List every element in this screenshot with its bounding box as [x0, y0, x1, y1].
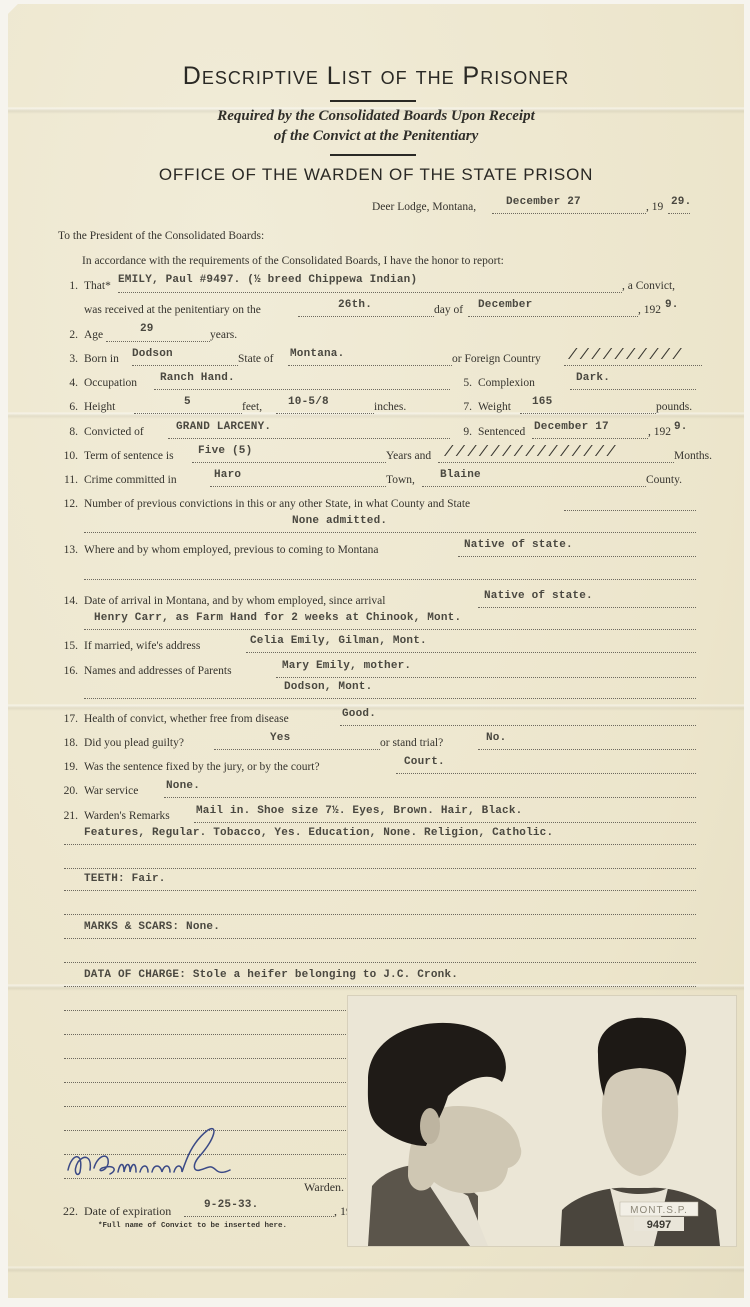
parents-address: Dodson, Mont.	[284, 681, 372, 693]
age-value: 29	[140, 323, 154, 335]
field-19-label: 19.Was the sentence fixed by the jury, o…	[56, 761, 320, 773]
remarks-line-6	[64, 938, 696, 939]
expiration-line	[184, 1216, 334, 1217]
remarks-line-2	[64, 844, 696, 845]
remarks-marks-scars: MARKS & SCARS: None.	[84, 921, 220, 933]
field-22-label: 22.Date of expiration	[56, 1204, 171, 1219]
field-20-label: 20.War service	[56, 785, 138, 797]
term-months-line	[438, 462, 674, 463]
prisoner-record-document: Descriptive List of the Prisoner Require…	[8, 4, 744, 1298]
crime-county: Blaine	[440, 469, 481, 481]
town-label: Town,	[386, 474, 415, 486]
previous-convictions: None admitted.	[292, 515, 387, 527]
stand-trial-label: or stand trial?	[380, 737, 443, 749]
report-year: 29.	[671, 196, 691, 208]
conviction-offense: GRAND LARCENY.	[176, 421, 271, 433]
placard-text: MONT.S.P.	[630, 1205, 688, 1216]
parents-line-2	[84, 698, 696, 699]
age-line	[106, 341, 210, 342]
foreign-country-label: or Foreign Country	[452, 353, 541, 365]
field-7-label: 7.Weight	[450, 401, 511, 413]
received-month: December	[478, 299, 532, 311]
received-year-label: , 192	[638, 304, 661, 316]
blank-line-4	[64, 1082, 348, 1083]
day-of-label: day of	[434, 304, 463, 316]
remarks-line-4	[64, 890, 696, 891]
field-11-label: 11.Crime committed in	[56, 474, 177, 486]
field-15-label: 15.If married, wife's address	[56, 640, 200, 652]
occupation-line	[154, 389, 450, 390]
sentence-fixed-by: Court.	[404, 756, 445, 768]
received-day: 26th.	[338, 299, 372, 311]
place-label: Deer Lodge, Montana,	[372, 201, 476, 213]
parents-names: Mary Emily, mother.	[282, 660, 411, 672]
state-of-label: State of	[238, 353, 273, 365]
arrival-info: Native of state.	[484, 590, 593, 602]
months-label: Months.	[674, 450, 712, 462]
town-line	[210, 486, 386, 487]
convictions-line-2	[84, 532, 696, 533]
year-prefix: , 19	[646, 201, 663, 213]
field-1-suffix: , a Convict,	[622, 280, 675, 292]
term-months-struck: ///////////////	[444, 444, 618, 461]
convict-name: EMILY, Paul #9497. (½ breed Chippewa Ind…	[118, 274, 417, 286]
blank-line-3	[64, 1058, 348, 1059]
convictions-line-1	[564, 510, 696, 511]
county-label: County.	[646, 474, 682, 486]
war-service-value: None.	[166, 780, 200, 792]
prior-employment: Native of state.	[464, 539, 573, 551]
war-service-line	[164, 797, 696, 798]
received-day-line	[298, 316, 434, 317]
field-2-label: 2.Age	[56, 329, 103, 341]
sentenced-line	[532, 438, 648, 439]
field-21-label: 21.Warden's Remarks	[56, 810, 170, 822]
foreign-line	[564, 365, 702, 366]
birthplace: Dodson	[132, 348, 173, 360]
plead-line	[214, 749, 380, 750]
birth-state: Montana.	[290, 348, 344, 360]
remarks-teeth: TEETH: Fair.	[84, 873, 166, 885]
employment-line-1	[458, 556, 696, 557]
mugshot-photo: MONT.S.P. 9497	[348, 996, 736, 1246]
subtitle-line-2: of the Convict at the Penitentiary	[8, 128, 744, 145]
warden-signature	[58, 1122, 278, 1184]
occupation-value: Ranch Hand.	[160, 372, 235, 384]
field-1-label: 1.That*	[56, 280, 111, 292]
field-14-label: 14.Date of arrival in Montana, and by wh…	[56, 595, 385, 607]
remarks-line-7	[64, 962, 696, 963]
complexion-value: Dark.	[576, 372, 610, 384]
height-feet: 5	[184, 396, 191, 408]
remarks-line-1	[194, 822, 696, 823]
remarks-charge-data: DATA OF CHARGE: Stole a heifer belonging…	[84, 969, 458, 981]
sentenced-date: December 17	[534, 421, 609, 433]
received-year: 9.	[665, 299, 679, 311]
field-18-label: 18.Did you plead guilty?	[56, 737, 184, 749]
warden-title: Warden.	[304, 1180, 344, 1195]
field-5-label: 5.Complexion	[450, 377, 535, 389]
sentenced-year: 9.	[674, 421, 688, 433]
trial-line	[478, 749, 696, 750]
health-value: Good.	[342, 708, 376, 720]
term-years: Five (5)	[198, 445, 252, 457]
county-line	[422, 486, 646, 487]
wife-address: Celia Emily, Gilman, Mont.	[250, 635, 427, 647]
complexion-line	[570, 389, 696, 390]
arrival-line-2	[84, 629, 696, 630]
blank-line-1	[64, 1010, 348, 1011]
field-13-label: 13.Where and by whom employed, previous …	[56, 544, 378, 556]
document-title: Descriptive List of the Prisoner	[8, 62, 744, 91]
field-3-label: 3.Born in	[56, 353, 119, 365]
blank-line-5	[64, 1106, 348, 1107]
subtitle-divider	[330, 154, 416, 156]
weight-value: 165	[532, 396, 552, 408]
remarks-line-1-text: Mail in. Shoe size 7½. Eyes, Brown. Hair…	[196, 805, 522, 817]
state-line	[288, 365, 452, 366]
field-6-label: 6.Height	[56, 401, 115, 413]
field-17-label: 17.Health of convict, whether free from …	[56, 713, 289, 725]
field-1-line	[118, 292, 622, 293]
field-9-label: 9.Sentenced	[450, 426, 525, 438]
mugshot-image: MONT.S.P. 9497	[348, 996, 736, 1246]
subtitle-line-1: Required by the Consolidated Boards Upon…	[8, 108, 744, 125]
field-10-label: 10.Term of sentence is	[56, 450, 174, 462]
received-label: was received at the penitentiary on the	[84, 304, 261, 316]
employment-line-2	[84, 579, 696, 580]
inches-label: inches.	[374, 401, 406, 413]
remarks-line-3	[64, 868, 696, 869]
term-years-line	[192, 462, 386, 463]
sentenced-year-label: , 192	[648, 426, 671, 438]
foreign-country-struck: //////////	[568, 347, 684, 364]
pleaded-guilty: Yes	[270, 732, 290, 744]
report-date: December 27	[506, 196, 581, 208]
field-4-label: 4.Occupation	[56, 377, 137, 389]
health-line	[340, 725, 696, 726]
blank-line-2	[64, 1034, 348, 1035]
footnote: *Full name of Convict to be inserted her…	[98, 1222, 287, 1230]
wife-address-line	[246, 652, 696, 653]
years-and-label: Years and	[386, 450, 431, 462]
crime-town: Haro	[214, 469, 241, 481]
placard-number: 9497	[647, 1219, 671, 1231]
age-suffix: years.	[210, 329, 237, 341]
office-heading: OFFICE OF THE WARDEN OF THE STATE PRISON	[8, 165, 744, 185]
arrival-line-1	[478, 607, 696, 608]
date-underline	[492, 213, 646, 214]
parents-line-1	[276, 677, 696, 678]
inches-line	[276, 413, 374, 414]
arrival-employer: Henry Carr, as Farm Hand for 2 weeks at …	[94, 612, 461, 624]
intro-text: In accordance with the requirements of t…	[82, 255, 504, 267]
pounds-label: pounds.	[656, 401, 692, 413]
expiration-date: 9-25-33.	[204, 1199, 258, 1211]
remarks-line-8	[64, 986, 696, 987]
feet-line	[134, 413, 242, 414]
year-underline	[668, 213, 690, 214]
field-16-label: 16.Names and addresses of Parents	[56, 665, 232, 677]
remarks-line-2-text: Features, Regular. Tobacco, Yes. Educati…	[84, 827, 553, 839]
convicted-line	[168, 438, 450, 439]
received-month-line	[468, 316, 638, 317]
stood-trial: No.	[486, 732, 506, 744]
height-inches: 10-5/8	[288, 396, 329, 408]
weight-line	[520, 413, 656, 414]
feet-label: feet,	[242, 401, 262, 413]
remarks-line-5	[64, 914, 696, 915]
salutation: To the President of the Consolidated Boa…	[58, 230, 264, 242]
title-divider	[330, 100, 416, 102]
born-line	[132, 365, 238, 366]
sentence-fixed-line	[396, 773, 696, 774]
field-8-label: 8.Convicted of	[56, 426, 144, 438]
field-12-label: 12.Number of previous convictions in thi…	[56, 498, 470, 510]
